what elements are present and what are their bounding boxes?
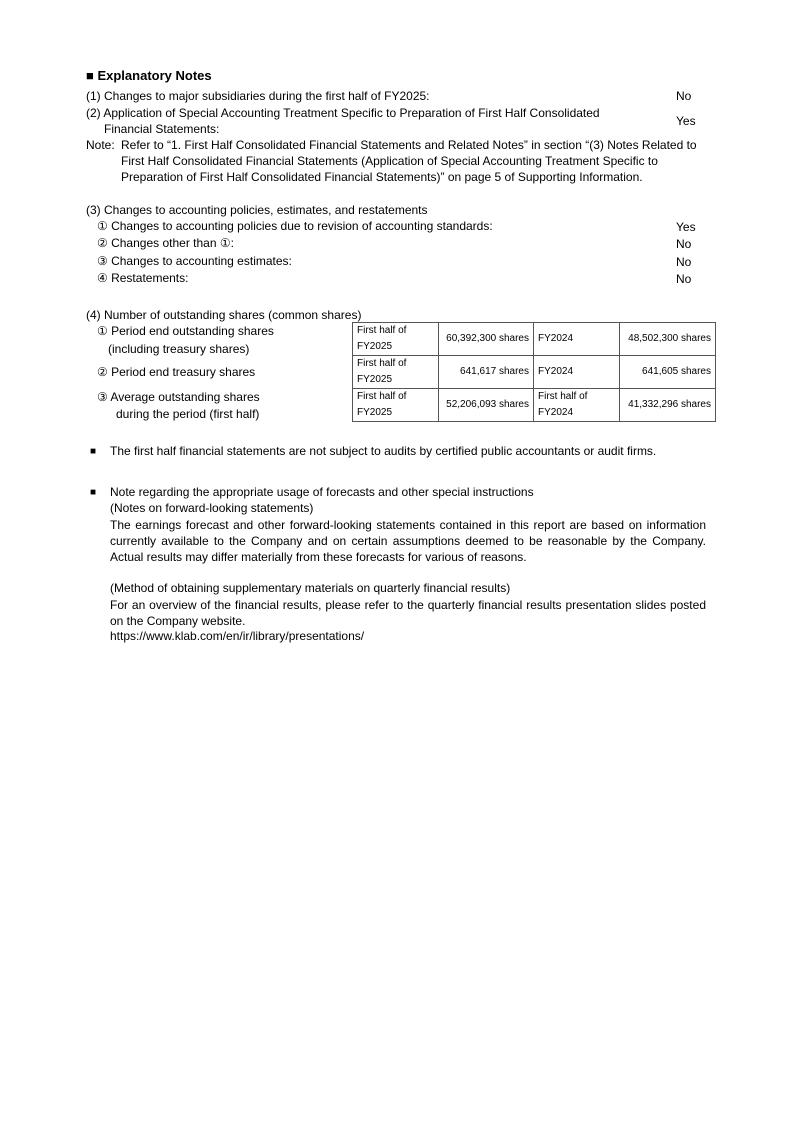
item3-sub1-label: ① Changes to accounting policies due to … — [97, 219, 493, 234]
forward-looking-title: (Notes on forward-looking statements) — [110, 501, 313, 516]
item2-label-line1: (2) Application of Special Accounting Tr… — [86, 106, 600, 121]
value-cell: 48,502,300 shares — [620, 323, 716, 356]
period-cell: FY2024 — [534, 323, 620, 356]
supplementary-title: (Method of obtaining supplementary mater… — [110, 581, 510, 596]
value-cell: 52,206,093 shares — [439, 389, 534, 422]
value-cell: 641,605 shares — [620, 356, 716, 389]
value-cell: 60,392,300 shares — [439, 323, 534, 356]
table-row: First half ofFY2025 60,392,300 shares FY… — [353, 323, 716, 356]
note-line2: First Half Consolidated Financial Statem… — [121, 154, 658, 169]
item3-sub2-value: No — [676, 237, 691, 252]
item4-title: (4) Number of outstanding shares (common… — [86, 308, 361, 323]
item3-sub4-value: No — [676, 272, 691, 287]
item3-title: (3) Changes to accounting policies, esti… — [86, 203, 428, 218]
item3-sub2-label: ② Changes other than ①: — [97, 236, 234, 251]
presentations-link[interactable]: https://www.klab.com/en/ir/library/prese… — [110, 629, 364, 644]
section-heading: ■ Explanatory Notes — [86, 68, 212, 83]
supplementary-text: For an overview of the financial results… — [110, 597, 706, 629]
value-cell: 41,332,296 shares — [620, 389, 716, 422]
period-cell: First half ofFY2024 — [534, 389, 620, 422]
period-cell: First half ofFY2025 — [353, 389, 439, 422]
period-cell: First half ofFY2025 — [353, 323, 439, 356]
period-cell: First half ofFY2025 — [353, 356, 439, 389]
item3-sub3-label: ③ Changes to accounting estimates: — [97, 254, 292, 269]
item4-row3-label2: during the period (first half) — [116, 407, 259, 422]
item1-label: (1) Changes to major subsidiaries during… — [86, 89, 430, 104]
value-cell: 641,617 shares — [439, 356, 534, 389]
table-row: First half ofFY2025 52,206,093 shares Fi… — [353, 389, 716, 422]
item4-row1-label2: (including treasury shares) — [108, 342, 249, 357]
note-line1: Refer to “1. First Half Consolidated Fin… — [121, 138, 697, 153]
item2-label-line2: Financial Statements: — [104, 122, 219, 137]
item4-row2-label1: ② Period end treasury shares — [97, 365, 255, 380]
table-row: First half ofFY2025 641,617 shares FY202… — [353, 356, 716, 389]
item1-value: No — [676, 89, 691, 104]
shares-table: First half ofFY2025 60,392,300 shares FY… — [352, 322, 716, 422]
bullet-icon: ■ — [90, 444, 96, 459]
bullet-icon: ■ — [90, 485, 96, 500]
audit-note-text: The first half financial statements are … — [110, 444, 656, 459]
period-cell: FY2024 — [534, 356, 620, 389]
note-prefix: Note: — [86, 138, 115, 153]
item2-value: Yes — [676, 114, 696, 129]
forecast-note-title: Note regarding the appropriate usage of … — [110, 485, 534, 500]
item3-sub4-label: ④ Restatements: — [97, 271, 188, 286]
forward-looking-text: The earnings forecast and other forward-… — [110, 517, 706, 565]
note-line3: Preparation of First Half Consolidated F… — [121, 170, 643, 185]
item4-row1-label1: ① Period end outstanding shares — [97, 324, 274, 339]
item3-sub3-value: No — [676, 255, 691, 270]
item4-row3-label1: ③ Average outstanding shares — [97, 390, 260, 405]
item3-sub1-value: Yes — [676, 220, 696, 235]
